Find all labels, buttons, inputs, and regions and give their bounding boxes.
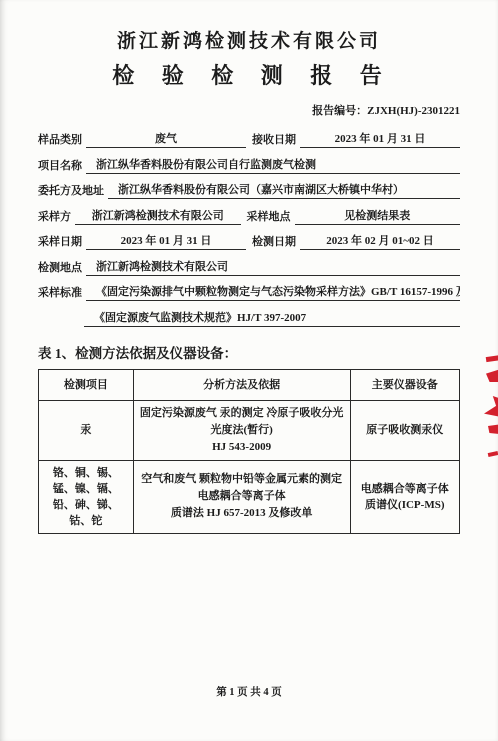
sample-type-label: 样品类别	[38, 133, 86, 148]
method-metals-line2: 质谱法 HJ 657-2013 及修改单	[140, 505, 344, 522]
client-label: 委托方及地址	[38, 184, 108, 199]
form-row-sampling-standard-cont: 《固定源废气监测技术规范》HJ/T 397-2007	[38, 311, 460, 327]
test-item-metals: 铬、铜、锡、锰、镍、镉、铅、砷、锑、钴、铊	[39, 460, 134, 533]
report-number: 报告编号：ZJXH(HJ)-2301221	[38, 102, 460, 118]
equipment-mercury: 原子吸收测汞仪	[350, 400, 459, 460]
test-date-label: 检测日期	[246, 235, 300, 250]
method-mercury-line1: 固定污染源废气 汞的测定 冷原子吸收分光光度法(暂行)	[140, 405, 344, 439]
test-date-value: 2023 年 02 月 01~02 日	[300, 234, 460, 250]
receive-date-value: 2023 年 01 月 31 日	[300, 132, 460, 148]
sampling-party-label: 采样方	[38, 210, 75, 225]
table-row: 铬、铜、锡、锰、镍、镉、铅、砷、锑、钴、铊 空气和废气 颗粒物中铅等金属元素的测…	[39, 460, 460, 533]
sample-type-value: 废气	[86, 132, 246, 148]
form-row-sampling-date: 采样日期 2023 年 01 月 31 日 检测日期 2023 年 02 月 0…	[38, 234, 460, 250]
sampling-standard-label: 采样标准	[38, 286, 86, 301]
test-location-label: 检测地点	[38, 261, 86, 276]
seal-stroke	[486, 355, 498, 362]
col-header-equipment: 主要仪器设备	[350, 369, 459, 400]
form-row-sample-type: 样品类别 废气 接收日期 2023 年 01 月 31 日	[38, 132, 460, 148]
sampling-site-label: 采样地点	[241, 210, 295, 225]
receive-date-label: 接收日期	[246, 133, 300, 148]
test-location-value: 浙江新鸿检测技术有限公司	[86, 260, 460, 276]
red-seal-mark	[488, 451, 498, 457]
report-number-label: 报告编号：	[312, 105, 367, 117]
form-row-sampling-standard: 采样标准 《固定污染源排气中颗粒物测定与气态污染物采样方法》GB/T 16157…	[38, 285, 460, 301]
report-page: 浙江新鸿检测技术有限公司 检 验 检 测 报 告 报告编号：ZJXH(HJ)-2…	[0, 0, 498, 741]
form-row-client: 委托方及地址 浙江纵华香料股份有限公司（嘉兴市南湖区大桥镇中华村）	[38, 183, 460, 199]
form-row-sampling-party: 采样方 浙江新鸿检测技术有限公司 采样地点 见检测结果表	[38, 209, 460, 225]
seal-stroke	[488, 424, 498, 434]
col-header-test-item: 检测项目	[39, 369, 134, 400]
page-number: 第 1 页 共 4 页	[0, 684, 498, 699]
method-mercury: 固定污染源废气 汞的测定 冷原子吸收分光光度法(暂行) HJ 543-2009	[133, 400, 350, 460]
client-value: 浙江纵华香料股份有限公司（嘉兴市南湖区大桥镇中华村）	[108, 183, 460, 199]
sampling-date-value: 2023 年 01 月 31 日	[86, 234, 246, 250]
form-row-project-name: 项目名称 浙江纵华香料股份有限公司自行监测废气检测	[38, 158, 460, 174]
method-mercury-line2: HJ 543-2009	[140, 439, 344, 456]
method-metals: 空气和废气 颗粒物中铅等金属元素的测定 电感耦合等离子体 质谱法 HJ 657-…	[133, 460, 350, 533]
table1-title: 表 1、检测方法依据及仪器设备：	[38, 342, 460, 362]
sampling-standard-value-2: 《固定源废气监测技术规范》HJ/T 397-2007	[84, 311, 460, 327]
project-name-value: 浙江纵华香料股份有限公司自行监测废气检测	[86, 158, 460, 174]
col-header-method: 分析方法及依据	[133, 369, 350, 400]
sampling-standard-value-1: 《固定污染源排气中颗粒物测定与气态污染物采样方法》GB/T 16157-1996…	[86, 285, 460, 301]
table-header-row: 检测项目 分析方法及依据 主要仪器设备	[39, 369, 460, 400]
test-item-mercury: 汞	[39, 400, 134, 460]
form-row-test-location: 检测地点 浙江新鸿检测技术有限公司	[38, 260, 460, 276]
sampling-site-value: 见检测结果表	[295, 209, 461, 225]
method-metals-line1: 空气和废气 颗粒物中铅等金属元素的测定 电感耦合等离子体	[140, 471, 344, 505]
table-row: 汞 固定污染源废气 汞的测定 冷原子吸收分光光度法(暂行) HJ 543-200…	[39, 400, 460, 460]
seal-stroke	[486, 368, 498, 382]
report-info-form: 样品类别 废气 接收日期 2023 年 01 月 31 日 项目名称 浙江纵华香…	[38, 132, 460, 327]
methods-equipment-table: 检测项目 分析方法及依据 主要仪器设备 汞 固定污染源废气 汞的测定 冷原子吸收…	[38, 369, 460, 534]
project-name-label: 项目名称	[38, 159, 86, 174]
sampling-date-label: 采样日期	[38, 235, 86, 250]
red-seal-fragment	[480, 348, 498, 448]
sampling-party-value: 浙江新鸿检测技术有限公司	[75, 209, 241, 225]
equipment-metals: 电感耦合等离子体质谱仪(ICP-MS)	[350, 460, 459, 533]
company-name: 浙江新鸿检测技术有限公司	[38, 26, 460, 53]
report-title: 检 验 检 测 报 告	[38, 59, 460, 90]
seal-stroke	[484, 396, 498, 418]
report-number-value: ZJXH(HJ)-2301221	[367, 105, 460, 117]
